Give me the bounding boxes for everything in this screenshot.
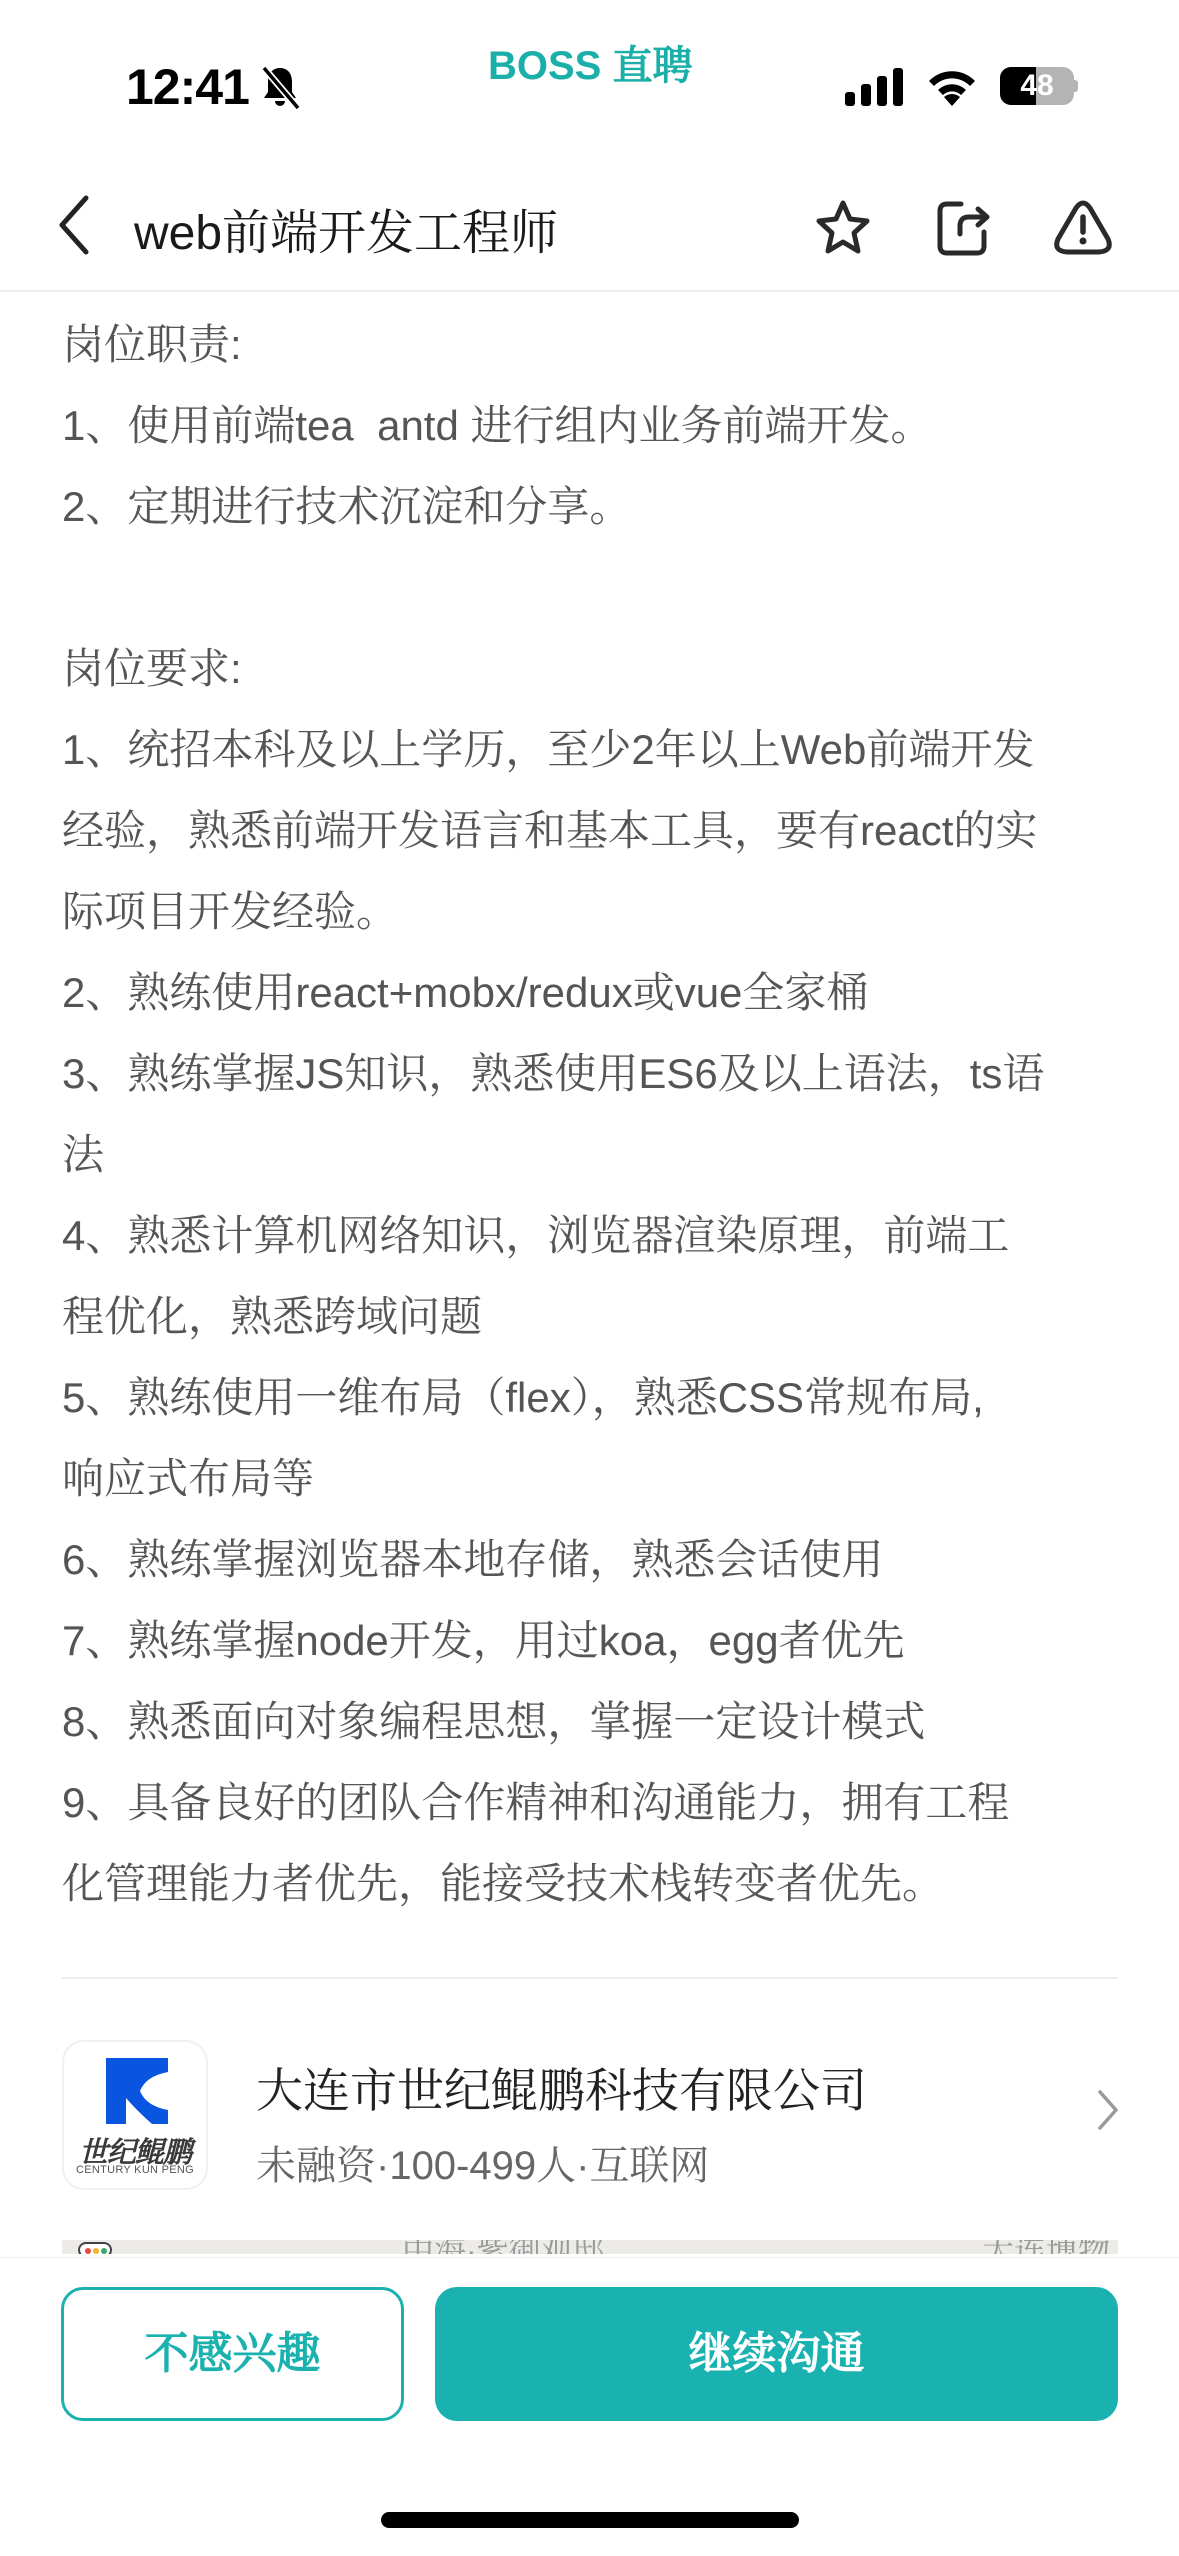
requirement-item: 经验，熟悉前端开发语言和基本工具，要有react的实 <box>62 790 1122 871</box>
company-logo-k-mark <box>106 2058 168 2124</box>
favorite-button[interactable] <box>811 196 875 260</box>
warning-icon <box>1051 196 1115 260</box>
continue-chat-button[interactable]: 继续沟通 <box>435 2287 1118 2421</box>
back-button[interactable] <box>50 190 110 260</box>
company-logo-en: CENTURY KUN PENG <box>64 2164 206 2176</box>
chevron-left-icon <box>50 190 110 260</box>
battery-percent: 48 <box>1000 67 1074 105</box>
map-label: 大连博物 <box>982 2240 1110 2254</box>
requirement-item: 3、熟练掌握JS知识，熟悉使用ES6及以上语法，ts语 <box>62 1033 1122 1114</box>
requirement-item: 5、熟练使用一维布局（flex），熟悉CSS常规布局, <box>62 1357 1122 1438</box>
battery-indicator: 48 <box>1000 67 1078 105</box>
map-label: 中海·紫御观邸 <box>402 2240 605 2254</box>
bell-slash-icon <box>258 64 302 110</box>
nav-bar: web前端开发工程师 <box>0 160 1179 292</box>
requirement-item: 际项目开发经验。 <box>62 871 1122 952</box>
requirement-item: 9、具备良好的团队合作精神和沟通能力，拥有工程 <box>62 1762 1122 1843</box>
requirement-item: 响应式布局等 <box>62 1438 1122 1519</box>
company-name: 大连市世纪鲲鹏科技有限公司 <box>256 2054 867 2121</box>
section-heading-requirements: 岗位要求: <box>62 628 1122 709</box>
star-icon <box>811 196 875 260</box>
map-marker-icon <box>78 2242 112 2254</box>
requirement-item: 2、熟练使用react+mobx/redux或vue全家桶 <box>62 952 1122 1033</box>
requirement-item: 8、熟悉面向对象编程思想，掌握一定设计模式 <box>62 1681 1122 1762</box>
page-title: web前端开发工程师 <box>134 194 558 263</box>
requirement-item: 4、熟悉计算机网络知识，浏览器渲染原理，前端工 <box>62 1195 1122 1276</box>
share-button[interactable] <box>931 196 995 260</box>
not-interested-button[interactable]: 不感兴趣 <box>61 2287 404 2421</box>
requirement-item: 程优化，熟悉跨域问题 <box>62 1276 1122 1357</box>
location-map[interactable]: 中海·紫御观邸 大连博物 <box>62 2240 1118 2254</box>
wifi-icon <box>925 66 979 106</box>
company-card[interactable]: 世纪鲲鹏 CENTURY KUN PENG 大连市世纪鲲鹏科技有限公司 未融资·… <box>0 2014 1179 2214</box>
share-icon <box>931 196 995 260</box>
job-description: 岗位职责: 1、使用前端tea antd 进行组内业务前端开发。 2、定期进行技… <box>62 304 1122 1924</box>
company-meta: 未融资·100-499人·互联网 <box>256 2134 709 2191</box>
report-button[interactable] <box>1051 196 1115 260</box>
requirement-item: 7、熟练掌握node开发，用过koa，egg者优先 <box>62 1600 1122 1681</box>
status-time: 12:41 <box>126 58 249 116</box>
requirement-item: 1、统招本科及以上学历，至少2年以上Web前端开发 <box>62 709 1122 790</box>
company-logo: 世纪鲲鹏 CENTURY KUN PENG <box>62 2040 208 2190</box>
cellular-signal-icon <box>845 68 905 106</box>
chevron-right-icon <box>1092 2086 1122 2134</box>
section-heading-duties: 岗位职责: <box>62 304 1122 385</box>
blank-line <box>62 547 1122 628</box>
home-indicator[interactable] <box>381 2512 799 2528</box>
app-brand-logo: BOSS 直聘 <box>488 34 692 91</box>
duty-item: 2、定期进行技术沉淀和分享。 <box>62 466 1122 547</box>
section-divider <box>62 1977 1118 1979</box>
status-bar: 12:41 BOSS 直聘 48 <box>0 0 1179 150</box>
requirement-item: 法 <box>62 1114 1122 1195</box>
requirement-item: 6、熟练掌握浏览器本地存储，熟悉会话使用 <box>62 1519 1122 1600</box>
duty-item: 1、使用前端tea antd 进行组内业务前端开发。 <box>62 385 1122 466</box>
job-detail-content[interactable]: 岗位职责: 1、使用前端tea antd 进行组内业务前端开发。 2、定期进行技… <box>0 294 1179 2254</box>
requirement-item: 化管理能力者优先，能接受技术栈转变者优先。 <box>62 1843 1122 1924</box>
